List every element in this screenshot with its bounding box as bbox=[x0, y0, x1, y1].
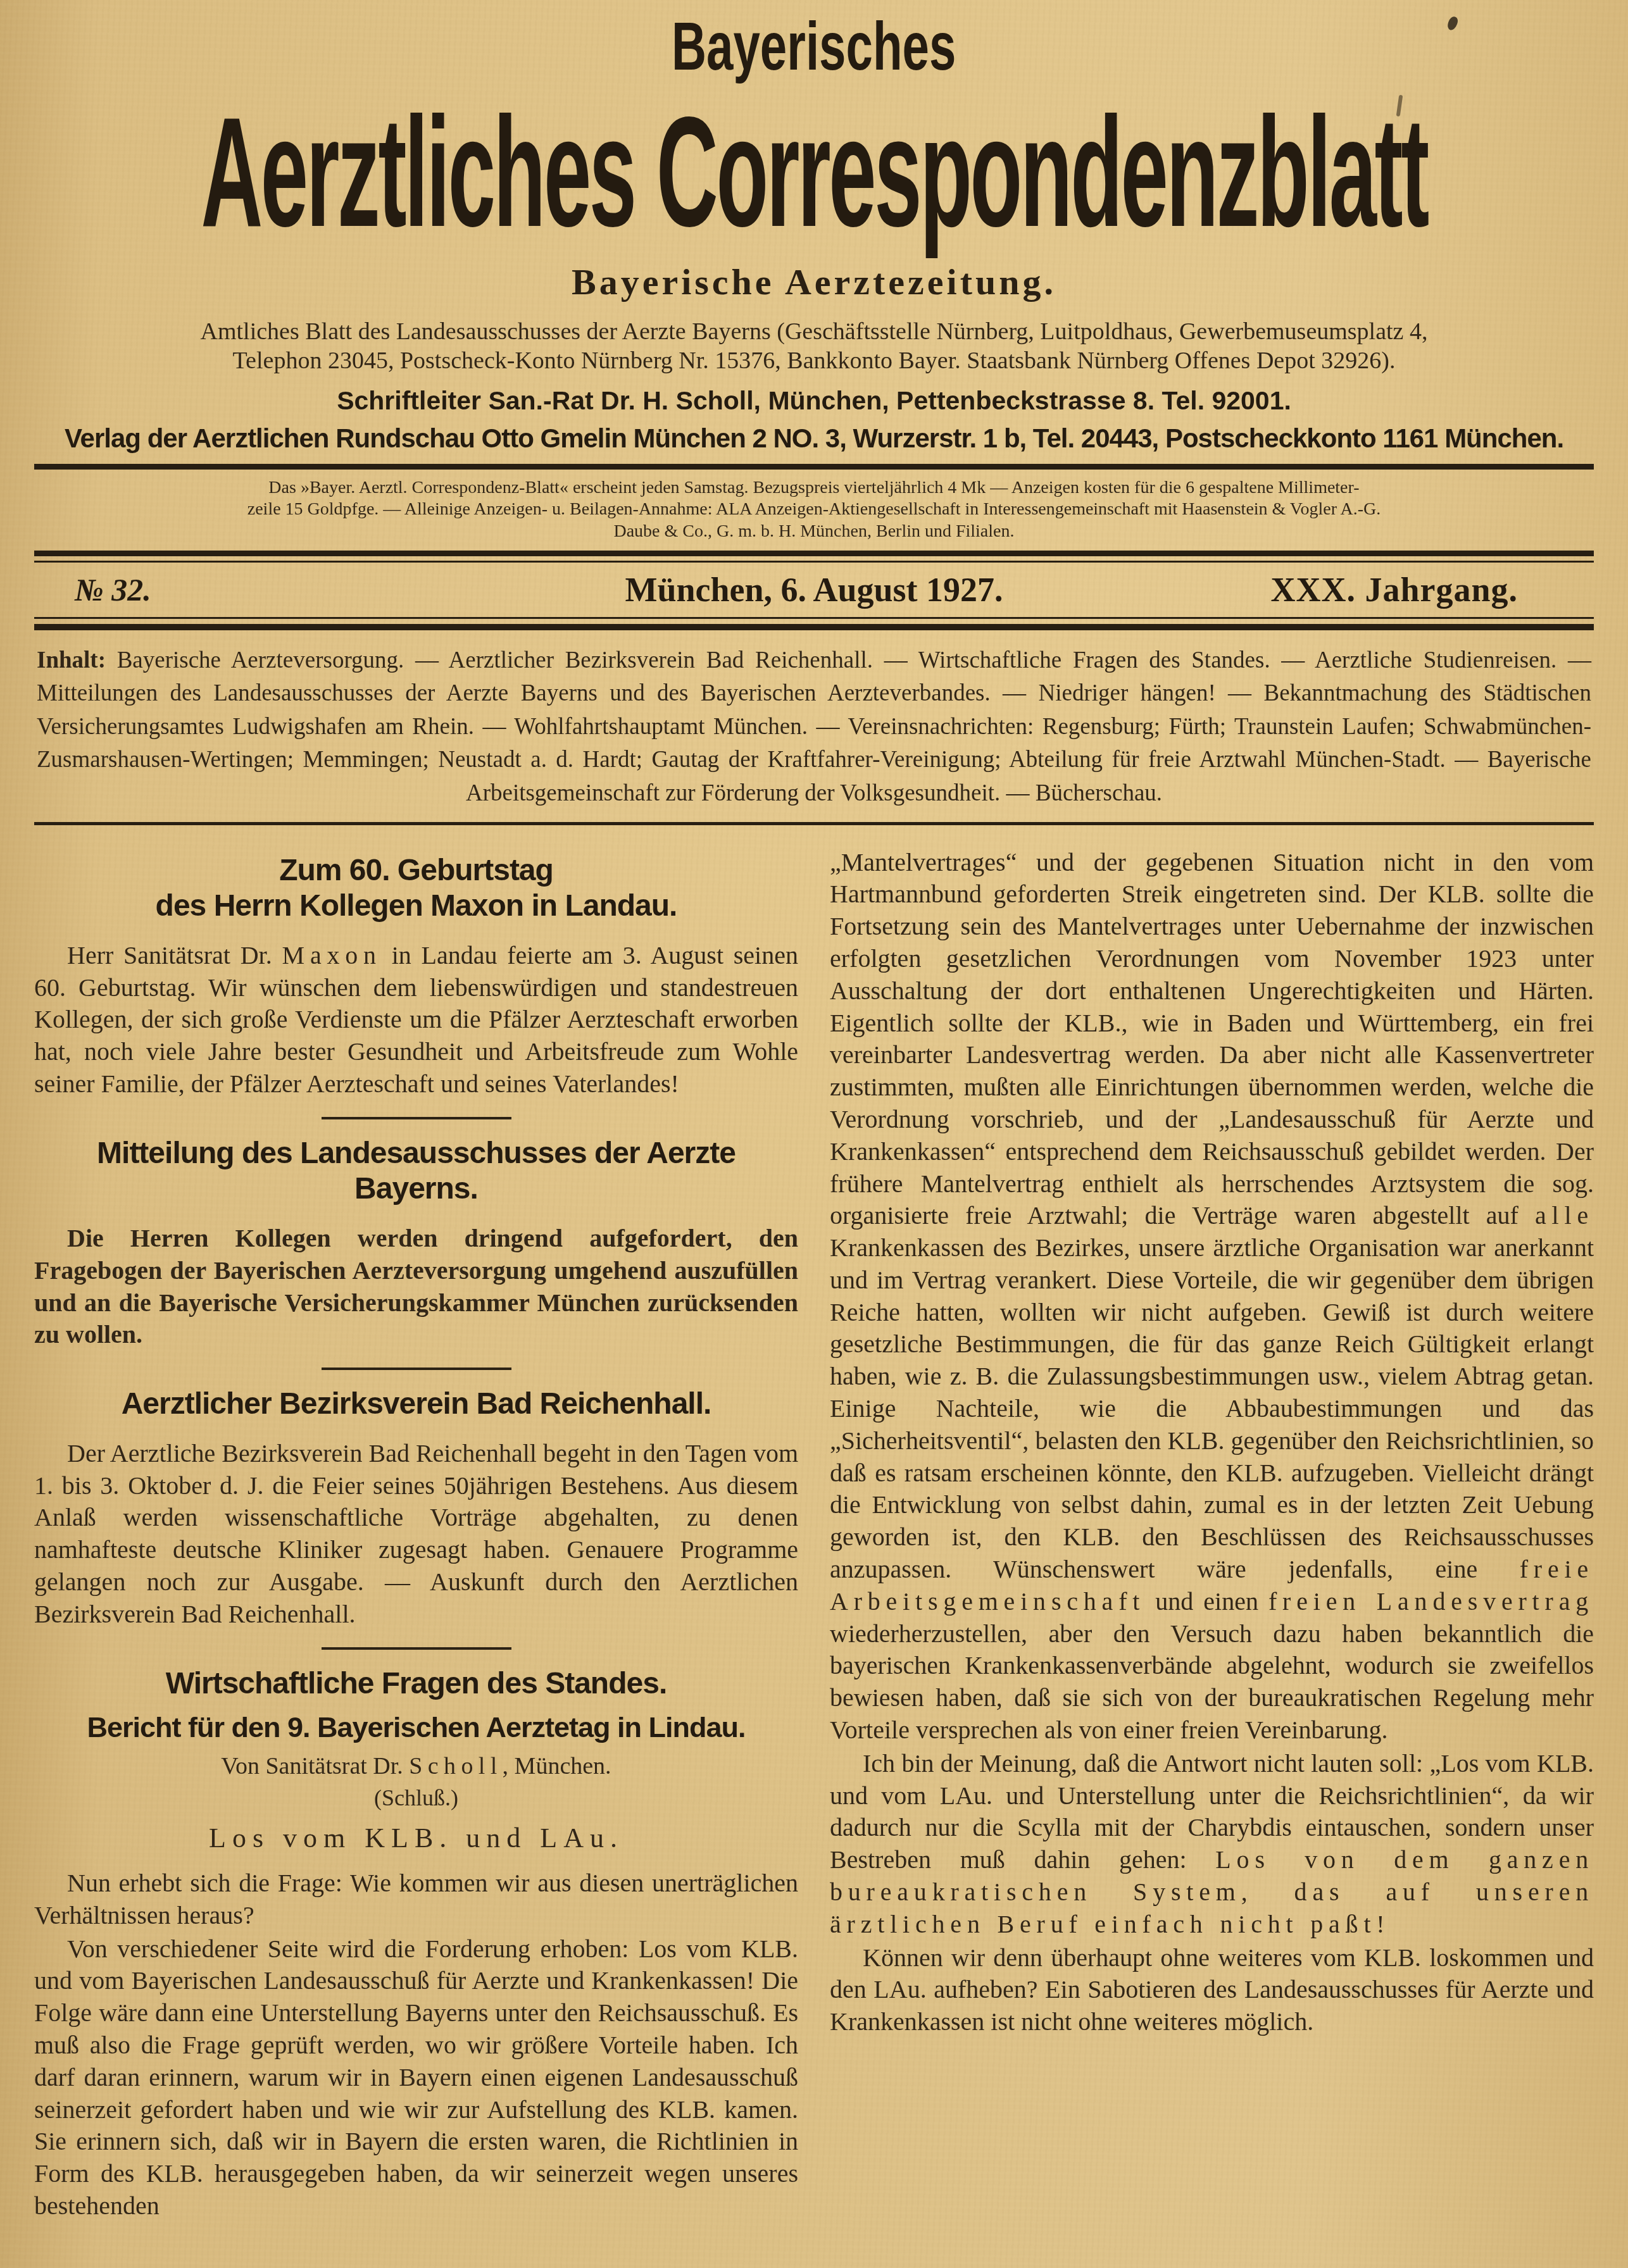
left-column: Zum 60. Geburtstag des Herrn Kollegen Ma… bbox=[34, 847, 798, 2222]
imprint-line-2: zeile 15 Goldpfge. — Alleinige Anzeigen-… bbox=[34, 499, 1594, 521]
text-segment: Herr Sanitätsrat Dr. bbox=[67, 941, 282, 969]
article-columns: Zum 60. Geburtstag des Herrn Kollegen Ma… bbox=[34, 847, 1594, 2222]
article4-subheading: Bericht für den 9. Bayerischen Aerztetag… bbox=[34, 1710, 798, 1745]
table-of-contents: Inhalt: Bayerische Aerzteversorgung. — A… bbox=[37, 644, 1591, 811]
imprint-line-1: Das »Bayer. Aerztl. Correspondenz-Blatt«… bbox=[34, 477, 1594, 499]
toc-text: Bayerische Aerzteversorgung. — Aerztlich… bbox=[37, 647, 1591, 806]
newspaper-page: Bayerisches Aerztliches Correspondenzbla… bbox=[0, 0, 1628, 2222]
masthead-kicker: Bayerisches bbox=[672, 8, 956, 86]
imprint-line-3: Daube & Co., G. m. b. H. München, Berlin… bbox=[34, 521, 1594, 543]
official-line-2: Telephon 23045, Postscheck-Konto Nürnber… bbox=[34, 346, 1594, 375]
masthead-subtitle: Bayerische Aerztezeitung. bbox=[34, 261, 1594, 303]
article4-part-note: (Schluß.) bbox=[34, 1784, 798, 1813]
official-statement: Amtliches Blatt des Landesausschusses de… bbox=[34, 317, 1594, 376]
scanned-newspaper-page: { "masthead": { "kicker": "Bayerisches",… bbox=[0, 0, 1628, 2268]
article4-slogan: Los vom KLB. und LAu. bbox=[34, 1821, 798, 1856]
section-separator bbox=[322, 1647, 511, 1650]
article2-heading: Mitteilung des Landesausschusses der Aer… bbox=[34, 1136, 798, 1207]
issue-number: № 32. bbox=[75, 571, 151, 608]
text-segment: wiederherzustellen, aber den Versuch daz… bbox=[830, 1619, 1594, 1744]
article1-heading-line1: Zum 60. Geburtstag bbox=[34, 853, 798, 889]
section-separator bbox=[322, 1368, 511, 1370]
issue-volume: XXX. Jahrgang. bbox=[1270, 570, 1518, 609]
editor-line: Schriftleiter San.-Rat Dr. H. Scholl, Mü… bbox=[34, 386, 1594, 416]
article1-heading: Zum 60. Geburtstag des Herrn Kollegen Ma… bbox=[34, 853, 798, 925]
official-line-1: Amtliches Blatt des Landesausschusses de… bbox=[34, 317, 1594, 346]
article3-heading: Aerztlicher Bezirksverein Bad Reichenhal… bbox=[34, 1386, 798, 1423]
masthead-title: Aerztliches Correspondenzblatt bbox=[201, 82, 1427, 263]
article4-paragraph-5: Können wir denn überhaupt ohne weiteres … bbox=[830, 1942, 1594, 2038]
text-segment: Von Sanitätsrat Dr. bbox=[221, 1753, 409, 1779]
rule-below-issue-band bbox=[34, 617, 1594, 630]
article4-byline: Von Sanitätsrat Dr. Scholl, München. bbox=[34, 1751, 798, 1781]
toc-label: Inhalt: bbox=[37, 647, 106, 673]
letterspaced-text: Scholl bbox=[409, 1753, 502, 1779]
article1-body: Herr Sanitätsrat Dr. Maxon in Landau fei… bbox=[34, 940, 798, 1100]
letterspaced-text: Maxon bbox=[282, 941, 382, 969]
letterspaced-text: alle bbox=[1535, 1201, 1594, 1230]
article2-body: Die Herren Kollegen werden dringend aufg… bbox=[34, 1223, 798, 1351]
masthead-kicker-row: Bayerisches bbox=[34, 6, 1594, 87]
rule-below-toc bbox=[34, 822, 1594, 825]
letterspaced-text: freien Landesvertrag bbox=[1268, 1587, 1594, 1616]
issue-band: № 32. München, 6. August 1927. XXX. Jahr… bbox=[34, 563, 1594, 617]
article1-heading-line2: des Herrn Kollegen Maxon in Landau. bbox=[34, 888, 798, 925]
rule-above-issue-band bbox=[34, 551, 1594, 563]
right-column: „Mantelvertrages“ und der gegebenen Situ… bbox=[830, 847, 1594, 2222]
article4-heading: Wirtschaftliche Fragen des Standes. bbox=[34, 1666, 798, 1702]
masthead-title-row: Aerztliches Correspondenzblatt bbox=[34, 87, 1594, 257]
imprint-block: Das »Bayer. Aerztl. Correspondenz-Blatt«… bbox=[34, 477, 1594, 543]
article4-paragraph-4: Ich bin der Meinung, daß die Antwort nic… bbox=[830, 1748, 1594, 1941]
article4-paragraph-3-continuation: „Mantelvertrages“ und der gegebenen Situ… bbox=[830, 847, 1594, 1747]
section-separator bbox=[322, 1117, 511, 1119]
publisher-line: Verlag der Aerztlichen Rundschau Otto Gm… bbox=[34, 423, 1594, 454]
text-segment: und einen bbox=[1145, 1587, 1268, 1616]
article4-paragraph-1: Nun erhebt sich die Frage: Wie kommen wi… bbox=[34, 1867, 798, 1932]
text-segment: , München. bbox=[503, 1753, 611, 1779]
text-segment: „Mantelvertrages“ und der gegebenen Situ… bbox=[830, 848, 1594, 1230]
article3-body: Der Aerztliche Bezirksverein Bad Reichen… bbox=[34, 1438, 798, 1631]
text-segment: Krankenkassen des Bezirkes, unsere ärztl… bbox=[830, 1233, 1594, 1583]
article4-paragraph-2: Von verschiedener Seite wird die Forderu… bbox=[34, 1933, 798, 2222]
rule-below-publisher bbox=[34, 464, 1594, 470]
